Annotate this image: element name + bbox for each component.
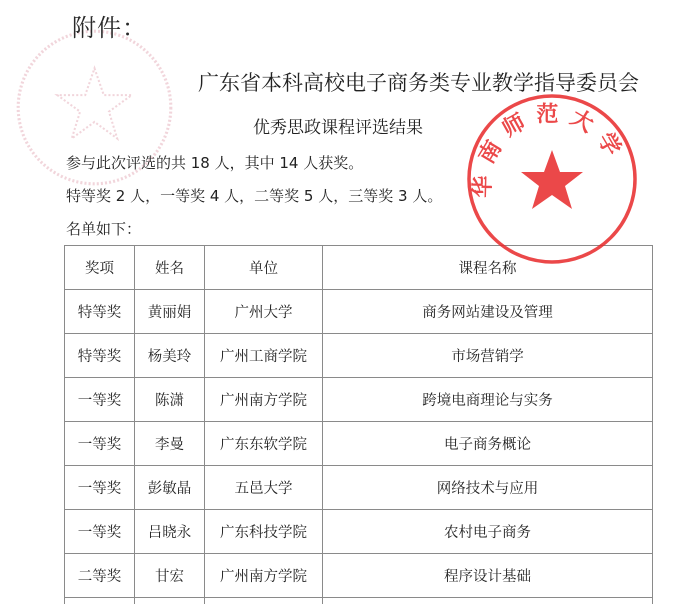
- summary-list-intro: 名单如下：: [66, 218, 141, 239]
- cell-course: 市场营销学: [323, 334, 653, 378]
- table-row: 特等奖 杨美玲 广州工商学院 市场营销学: [65, 334, 653, 378]
- cell-award: 一等奖: [65, 510, 135, 554]
- document-subtitle: 优秀思政课程评选结果: [253, 113, 423, 138]
- cell-unit: 广州南方学院: [205, 378, 323, 422]
- header-unit: 单位: [205, 246, 323, 290]
- cell-name: 陈潇: [135, 378, 205, 422]
- results-table: 奖项 姓名 单位 课程名称 特等奖 黄丽娟 广州大学 商务网站建设及管理 特等奖…: [64, 245, 653, 604]
- cell-name: 杨美玲: [135, 334, 205, 378]
- cell-unit: 广州大学: [205, 290, 323, 334]
- cell-course: 电子商务概论: [323, 422, 653, 466]
- header-course: 课程名称: [323, 246, 653, 290]
- cell-course: 程序设计基础: [323, 554, 653, 598]
- cell-name: 吕晓永: [135, 510, 205, 554]
- cell-award: 一等奖: [65, 378, 135, 422]
- table-header-row: 奖项 姓名 单位 课程名称: [65, 246, 653, 290]
- cell-award: 一等奖: [65, 466, 135, 510]
- table-row: 特等奖 黄丽娟 广州大学 商务网站建设及管理: [65, 290, 653, 334]
- header-name: 姓名: [135, 246, 205, 290]
- cell-award: 特等奖: [65, 290, 135, 334]
- table-row: 二等奖 甘宏 广州南方学院 程序设计基础: [65, 554, 653, 598]
- cell-course: 农村电子商务: [323, 510, 653, 554]
- summary-participants: 参与此次评选的共 18 人，其中 14 人获奖。: [66, 152, 363, 173]
- summary-award-counts: 特等奖 2 人，一等奖 4 人，二等奖 5 人，三等奖 3 人。: [66, 185, 442, 206]
- document-title: 广东省本科高校电子商务类专业教学指导委员会: [198, 67, 639, 97]
- table-row: 一等奖 李曼 广东东软学院 电子商务概论: [65, 422, 653, 466]
- cell-course: 网络技术与应用: [323, 466, 653, 510]
- cell-name: 彭敏晶: [135, 466, 205, 510]
- cell-unit: 五邑大学: [205, 466, 323, 510]
- cell-award: 二等奖: [65, 554, 135, 598]
- cell-award: 一等奖: [65, 422, 135, 466]
- cell-name: 李曼: [135, 422, 205, 466]
- svg-text:华南师范大学: 华南师范大学: [470, 102, 631, 198]
- table-row: 一等奖 吕晓永 广东科技学院 农村电子商务: [65, 510, 653, 554]
- table-row: 一等奖 陈潇 广州南方学院 跨境电商理论与实务: [65, 378, 653, 422]
- header-award: 奖项: [65, 246, 135, 290]
- cell-award: 特等奖: [65, 334, 135, 378]
- red-seal-stamp: 华南师范大学: [465, 92, 639, 266]
- table-row: 一等奖 彭敏晶 五邑大学 网络技术与应用: [65, 466, 653, 510]
- cell-unit: 广东东软学院: [205, 422, 323, 466]
- cell-course: 跨境电商理论与实务: [323, 378, 653, 422]
- cell-unit: 广州工商学院: [205, 334, 323, 378]
- cell-name: 黄丽娟: [135, 290, 205, 334]
- cell-name: 甘宏: [135, 554, 205, 598]
- cell-course: 商务网站建设及管理: [323, 290, 653, 334]
- attachment-label: 附件：: [72, 8, 147, 43]
- cell-unit: 广东科技学院: [205, 510, 323, 554]
- table-row-cut-off: [65, 598, 653, 604]
- cell-unit: 广州南方学院: [205, 554, 323, 598]
